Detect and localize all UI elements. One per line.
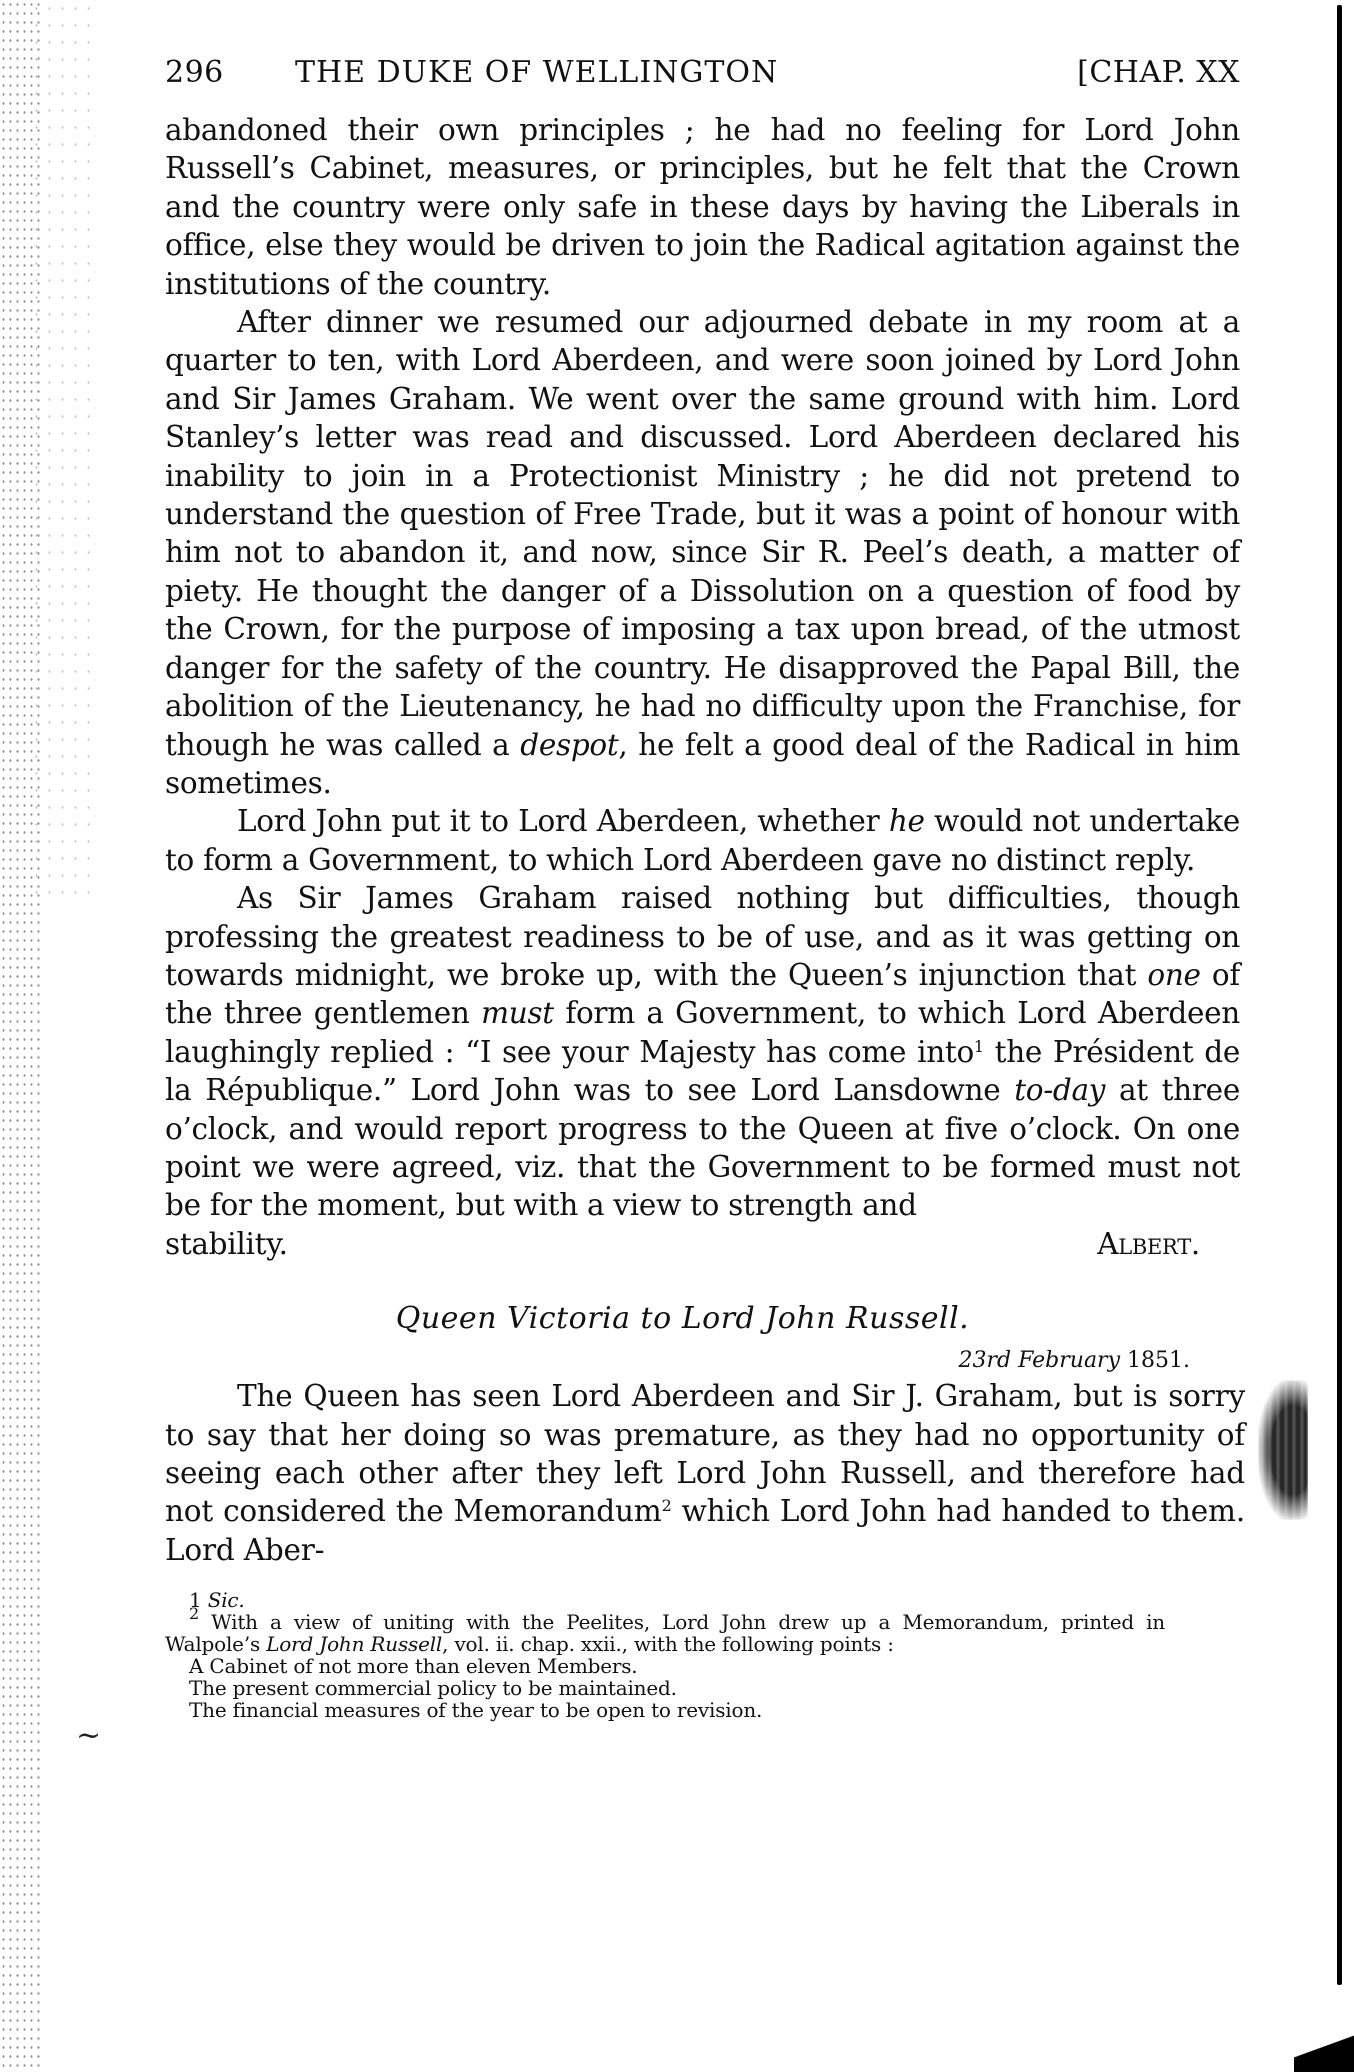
scan-noise-left-margin xyxy=(30,0,90,900)
footnote-1-text: Sic. xyxy=(208,1588,245,1612)
main-text: abandoned their own principles ; he had … xyxy=(165,111,1240,1263)
footnote-2-point-2: The present commercial policy to be main… xyxy=(165,1677,1165,1699)
paragraph-4: As Sir James Graham raised nothing but d… xyxy=(165,879,1240,1225)
margin-pencil-mark: ~ xyxy=(76,1718,101,1753)
footnote-2: 2 With a view of uniting with the Peelit… xyxy=(165,1611,1165,1655)
footnote-ref-1[interactable]: 1 xyxy=(974,1037,984,1056)
footnotes: 1 Sic. 2 With a view of uniting with the… xyxy=(165,1589,1165,1721)
date-year: 1851. xyxy=(1127,1348,1190,1373)
signature-line: stability. Albert. xyxy=(165,1225,1240,1263)
letter-paragraph: The Queen has seen Lord Aberdeen and Sir… xyxy=(165,1377,1245,1569)
running-title: THE DUKE OF WELLINGTON xyxy=(255,55,1077,90)
letter-heading: Queen Victoria to Lord John Russell. xyxy=(165,1301,1240,1336)
paragraph-4-text: As Sir James Graham raised nothing but d… xyxy=(165,881,1240,992)
date-month: February xyxy=(1018,1348,1120,1373)
footnote-2-point-3: The financial measures of the year to be… xyxy=(165,1699,1165,1721)
book-page: 296 THE DUKE OF WELLINGTON [CHAP. XX aba… xyxy=(165,55,1240,1721)
paragraph-1: abandoned their own principles ; he had … xyxy=(165,111,1240,303)
footnote-ref-2[interactable]: 2 xyxy=(662,1496,672,1515)
paragraph-3-text: Lord John put it to Lord Aberdeen, wheth… xyxy=(237,804,879,838)
chapter-label: [CHAP. XX xyxy=(1077,55,1240,90)
emphasis-to-day: to-day xyxy=(1014,1073,1105,1107)
emphasis-one: one xyxy=(1147,958,1200,992)
footnote-2-text-b: , vol. ii. chap. xxii., with the followi… xyxy=(442,1632,894,1656)
page-spine-edge xyxy=(1337,5,1342,1985)
footnote-2-book-title: Lord John Russell xyxy=(266,1632,442,1656)
paragraph-2: After dinner we resumed our adjourned de… xyxy=(165,303,1240,802)
page-corner-shadow xyxy=(1294,2012,1354,2072)
margin-ink-smudge xyxy=(1258,1380,1308,1520)
signature: Albert. xyxy=(1097,1225,1200,1263)
emphasis-must: must xyxy=(481,996,554,1030)
paragraph-2-text: After dinner we resumed our adjourned de… xyxy=(165,305,1240,761)
footnote-2-point-1: A Cabinet of not more than eleven Member… xyxy=(165,1655,1165,1677)
paragraph-4-last-word: stability. xyxy=(165,1225,288,1263)
page-number: 296 xyxy=(165,55,255,90)
letter-body: The Queen has seen Lord Aberdeen and Sir… xyxy=(165,1377,1245,1569)
emphasis-despot: despot xyxy=(520,728,618,762)
paragraph-3: Lord John put it to Lord Aberdeen, wheth… xyxy=(165,802,1240,879)
footnote-1: 1 Sic. xyxy=(165,1589,1165,1611)
running-head: 296 THE DUKE OF WELLINGTON [CHAP. XX xyxy=(165,55,1240,103)
footnote-2-number: 2 xyxy=(189,1604,199,1623)
emphasis-he: he xyxy=(889,804,925,838)
date-day: 23rd xyxy=(959,1348,1012,1373)
letter-date: 23rd February 1851. xyxy=(165,1348,1190,1373)
